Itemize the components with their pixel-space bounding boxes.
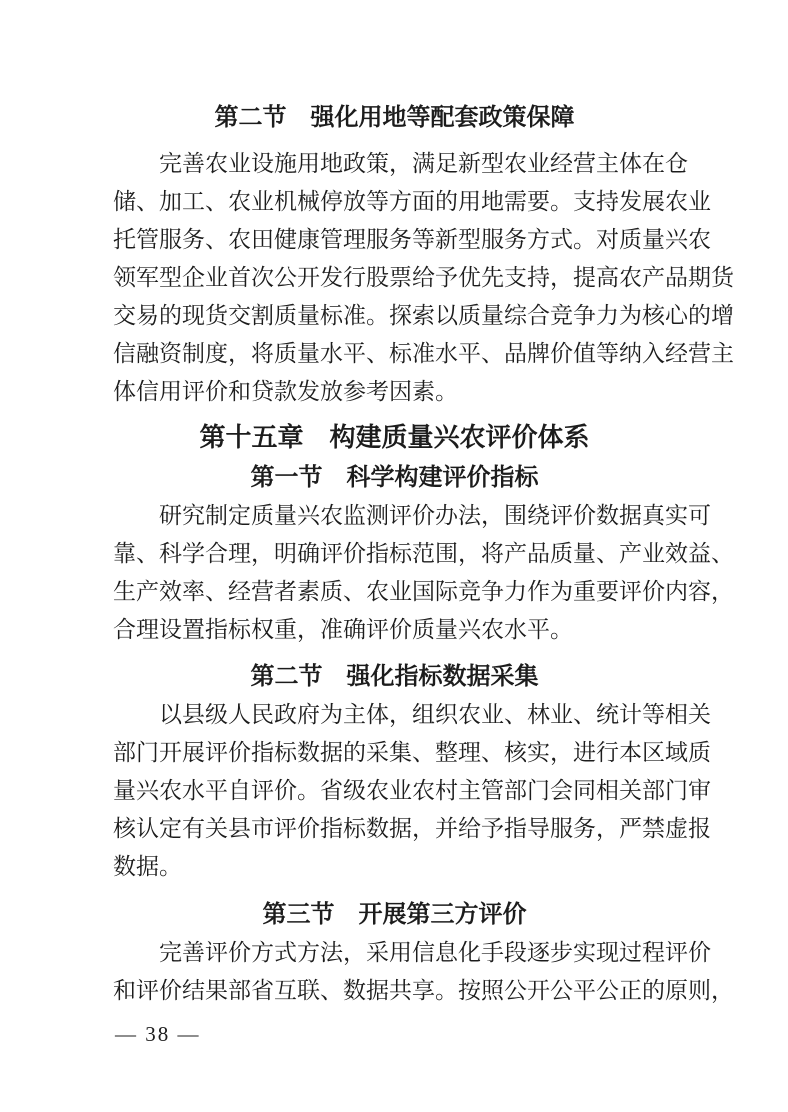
paragraph-line: 量兴农水平自评价。省级农业农村主管部门会同相关部门审 bbox=[113, 772, 676, 810]
paragraph-third-party-evaluation: 完善评价方式方法，采用信息化手段逐步实现过程评价 和评价结果部省互联、数据共享。… bbox=[113, 934, 676, 1010]
paragraph-line: 部门开展评价指标数据的采集、整理、核实，进行本区域质 bbox=[113, 734, 676, 772]
document-body: 第二节 强化用地等配套政策保障 完善农业设施用地政策，满足新型农业经营主体在仓 … bbox=[113, 99, 676, 1010]
paragraph-line: 核认定有关县市评价指标数据，并给予指导服务，严禁虚报 bbox=[113, 810, 676, 848]
page-number: — 38 — bbox=[115, 1022, 201, 1047]
section-heading-1-build-indicators: 第一节 科学构建评价指标 bbox=[113, 459, 676, 497]
paragraph-data-collection: 以县级人民政府为主体，组织农业、林业、统计等相关 部门开展评价指标数据的采集、整… bbox=[113, 696, 676, 886]
paragraph-line: 交易的现货交割质量标准。探索以质量综合竞争力为核心的增 bbox=[113, 297, 676, 335]
section-heading-2-land-policy: 第二节 强化用地等配套政策保障 bbox=[113, 99, 676, 137]
paragraph-line: 合理设置指标权重，准确评价质量兴农水平。 bbox=[113, 611, 676, 649]
section-heading-2-data-collection: 第二节 强化指标数据采集 bbox=[113, 658, 676, 696]
paragraph-land-policy: 完善农业设施用地政策，满足新型农业经营主体在仓 储、加工、农业机械停放等方面的用… bbox=[113, 145, 676, 411]
paragraph-line: 托管服务、农田健康管理服务等新型服务方式。对质量兴农 bbox=[113, 221, 676, 259]
paragraph-line: 完善评价方式方法，采用信息化手段逐步实现过程评价 bbox=[113, 934, 676, 972]
paragraph-line: 储、加工、农业机械停放等方面的用地需要。支持发展农业 bbox=[113, 183, 676, 221]
paragraph-line: 领军型企业首次公开发行股票给予优先支持，提高农产品期货 bbox=[113, 259, 676, 297]
paragraph-line: 和评价结果部省互联、数据共享。按照公开公平公正的原则， bbox=[113, 972, 676, 1010]
paragraph-build-indicators: 研究制定质量兴农监测评价办法，围绕评价数据真实可 靠、科学合理，明确评价指标范围… bbox=[113, 497, 676, 649]
paragraph-line: 数据。 bbox=[113, 848, 676, 886]
document-page: { "content": { "blocks": [ { "type": "se… bbox=[0, 0, 788, 1112]
paragraph-line: 研究制定质量兴农监测评价办法，围绕评价数据真实可 bbox=[113, 497, 676, 535]
paragraph-line: 生产效率、经营者素质、农业国际竞争力作为重要评价内容， bbox=[113, 573, 676, 611]
paragraph-line: 信融资制度，将质量水平、标准水平、品牌价值等纳入经营主 bbox=[113, 335, 676, 373]
paragraph-line: 以县级人民政府为主体，组织农业、林业、统计等相关 bbox=[113, 696, 676, 734]
paragraph-line: 体信用评价和贷款发放参考因素。 bbox=[113, 373, 676, 411]
paragraph-line: 完善农业设施用地政策，满足新型农业经营主体在仓 bbox=[113, 145, 676, 183]
chapter-heading-15-evaluation-system: 第十五章 构建质量兴农评价体系 bbox=[113, 415, 676, 459]
paragraph-line: 靠、科学合理，明确评价指标范围，将产品质量、产业效益、 bbox=[113, 535, 676, 573]
section-heading-3-third-party-evaluation: 第三节 开展第三方评价 bbox=[113, 896, 676, 934]
